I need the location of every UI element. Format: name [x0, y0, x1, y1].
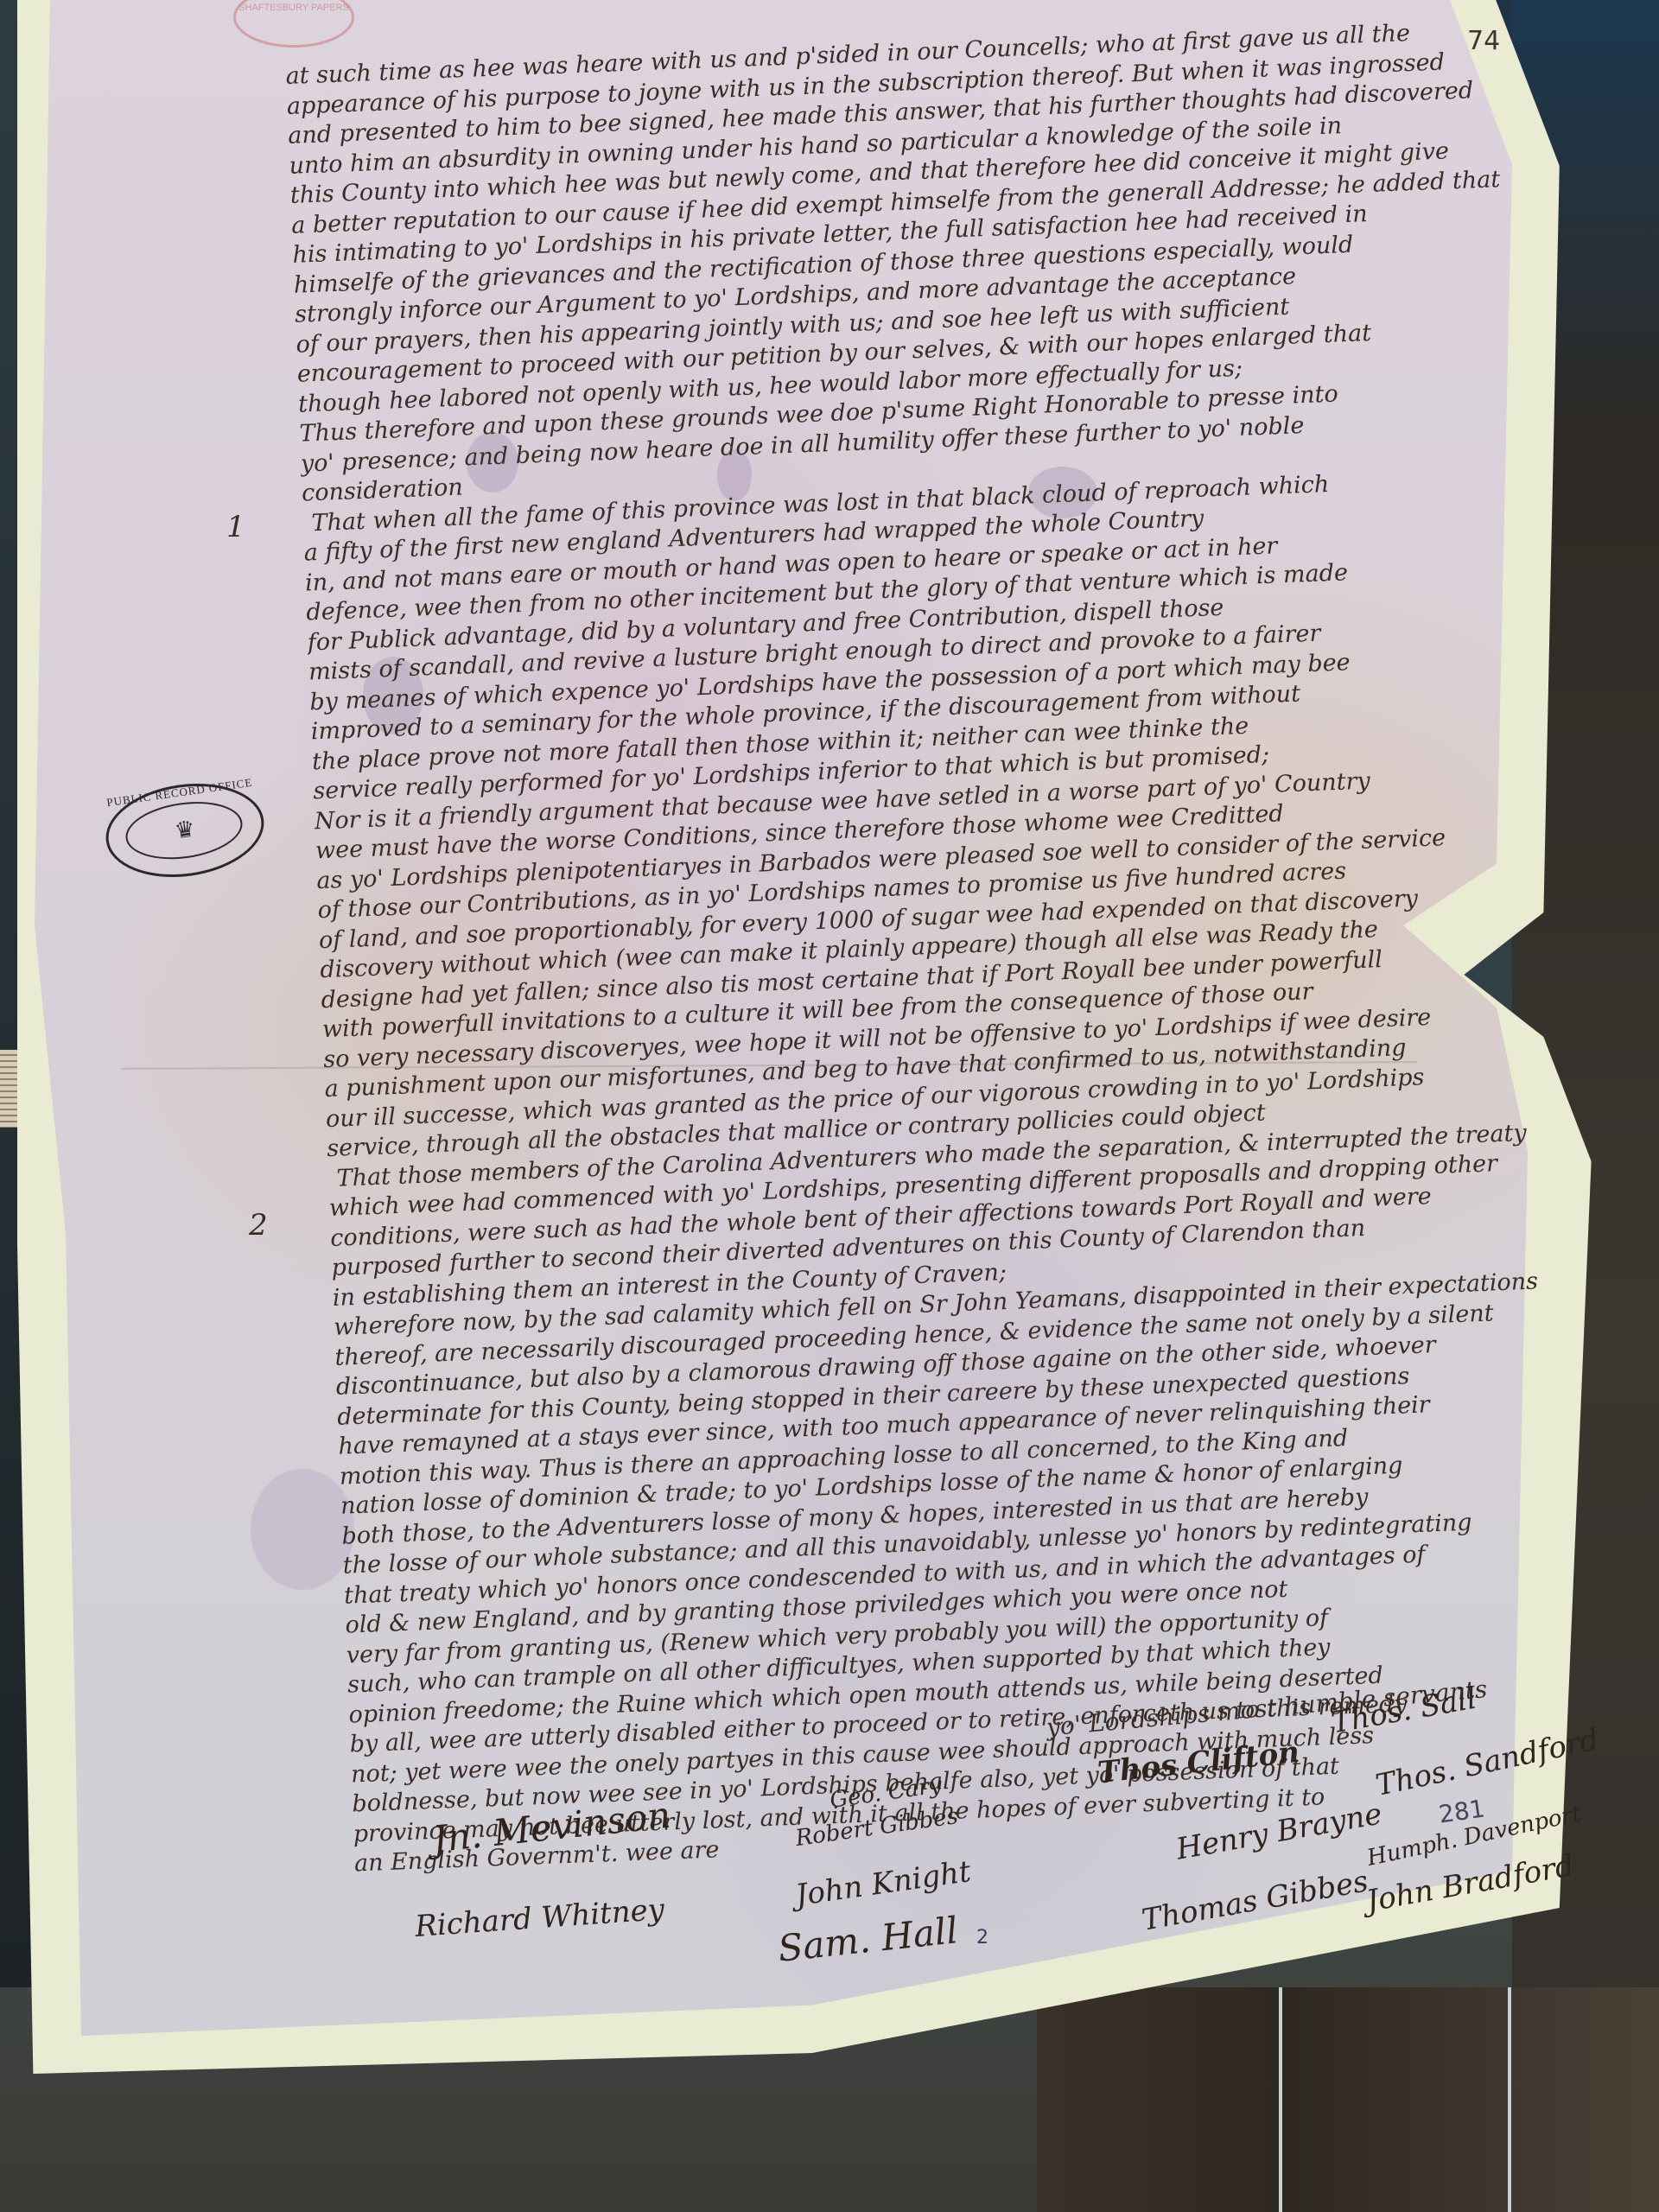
cabinet-edge — [1508, 1987, 1511, 2212]
paragraph-number: 1 — [226, 510, 245, 544]
manuscript-body: at such time as hee was heare with us an… — [285, 13, 1633, 1879]
paragraph-number: 2 — [249, 1208, 268, 1243]
cabinet-edge — [1279, 1987, 1282, 2212]
stamp-text: SHAFTESBURY PAPERS — [238, 3, 349, 13]
ink-stain — [251, 1469, 354, 1590]
crown-icon: ♛ — [174, 818, 197, 843]
display-cabinet — [1037, 1987, 1659, 2212]
bottom-mark: 2 — [976, 1927, 988, 1948]
